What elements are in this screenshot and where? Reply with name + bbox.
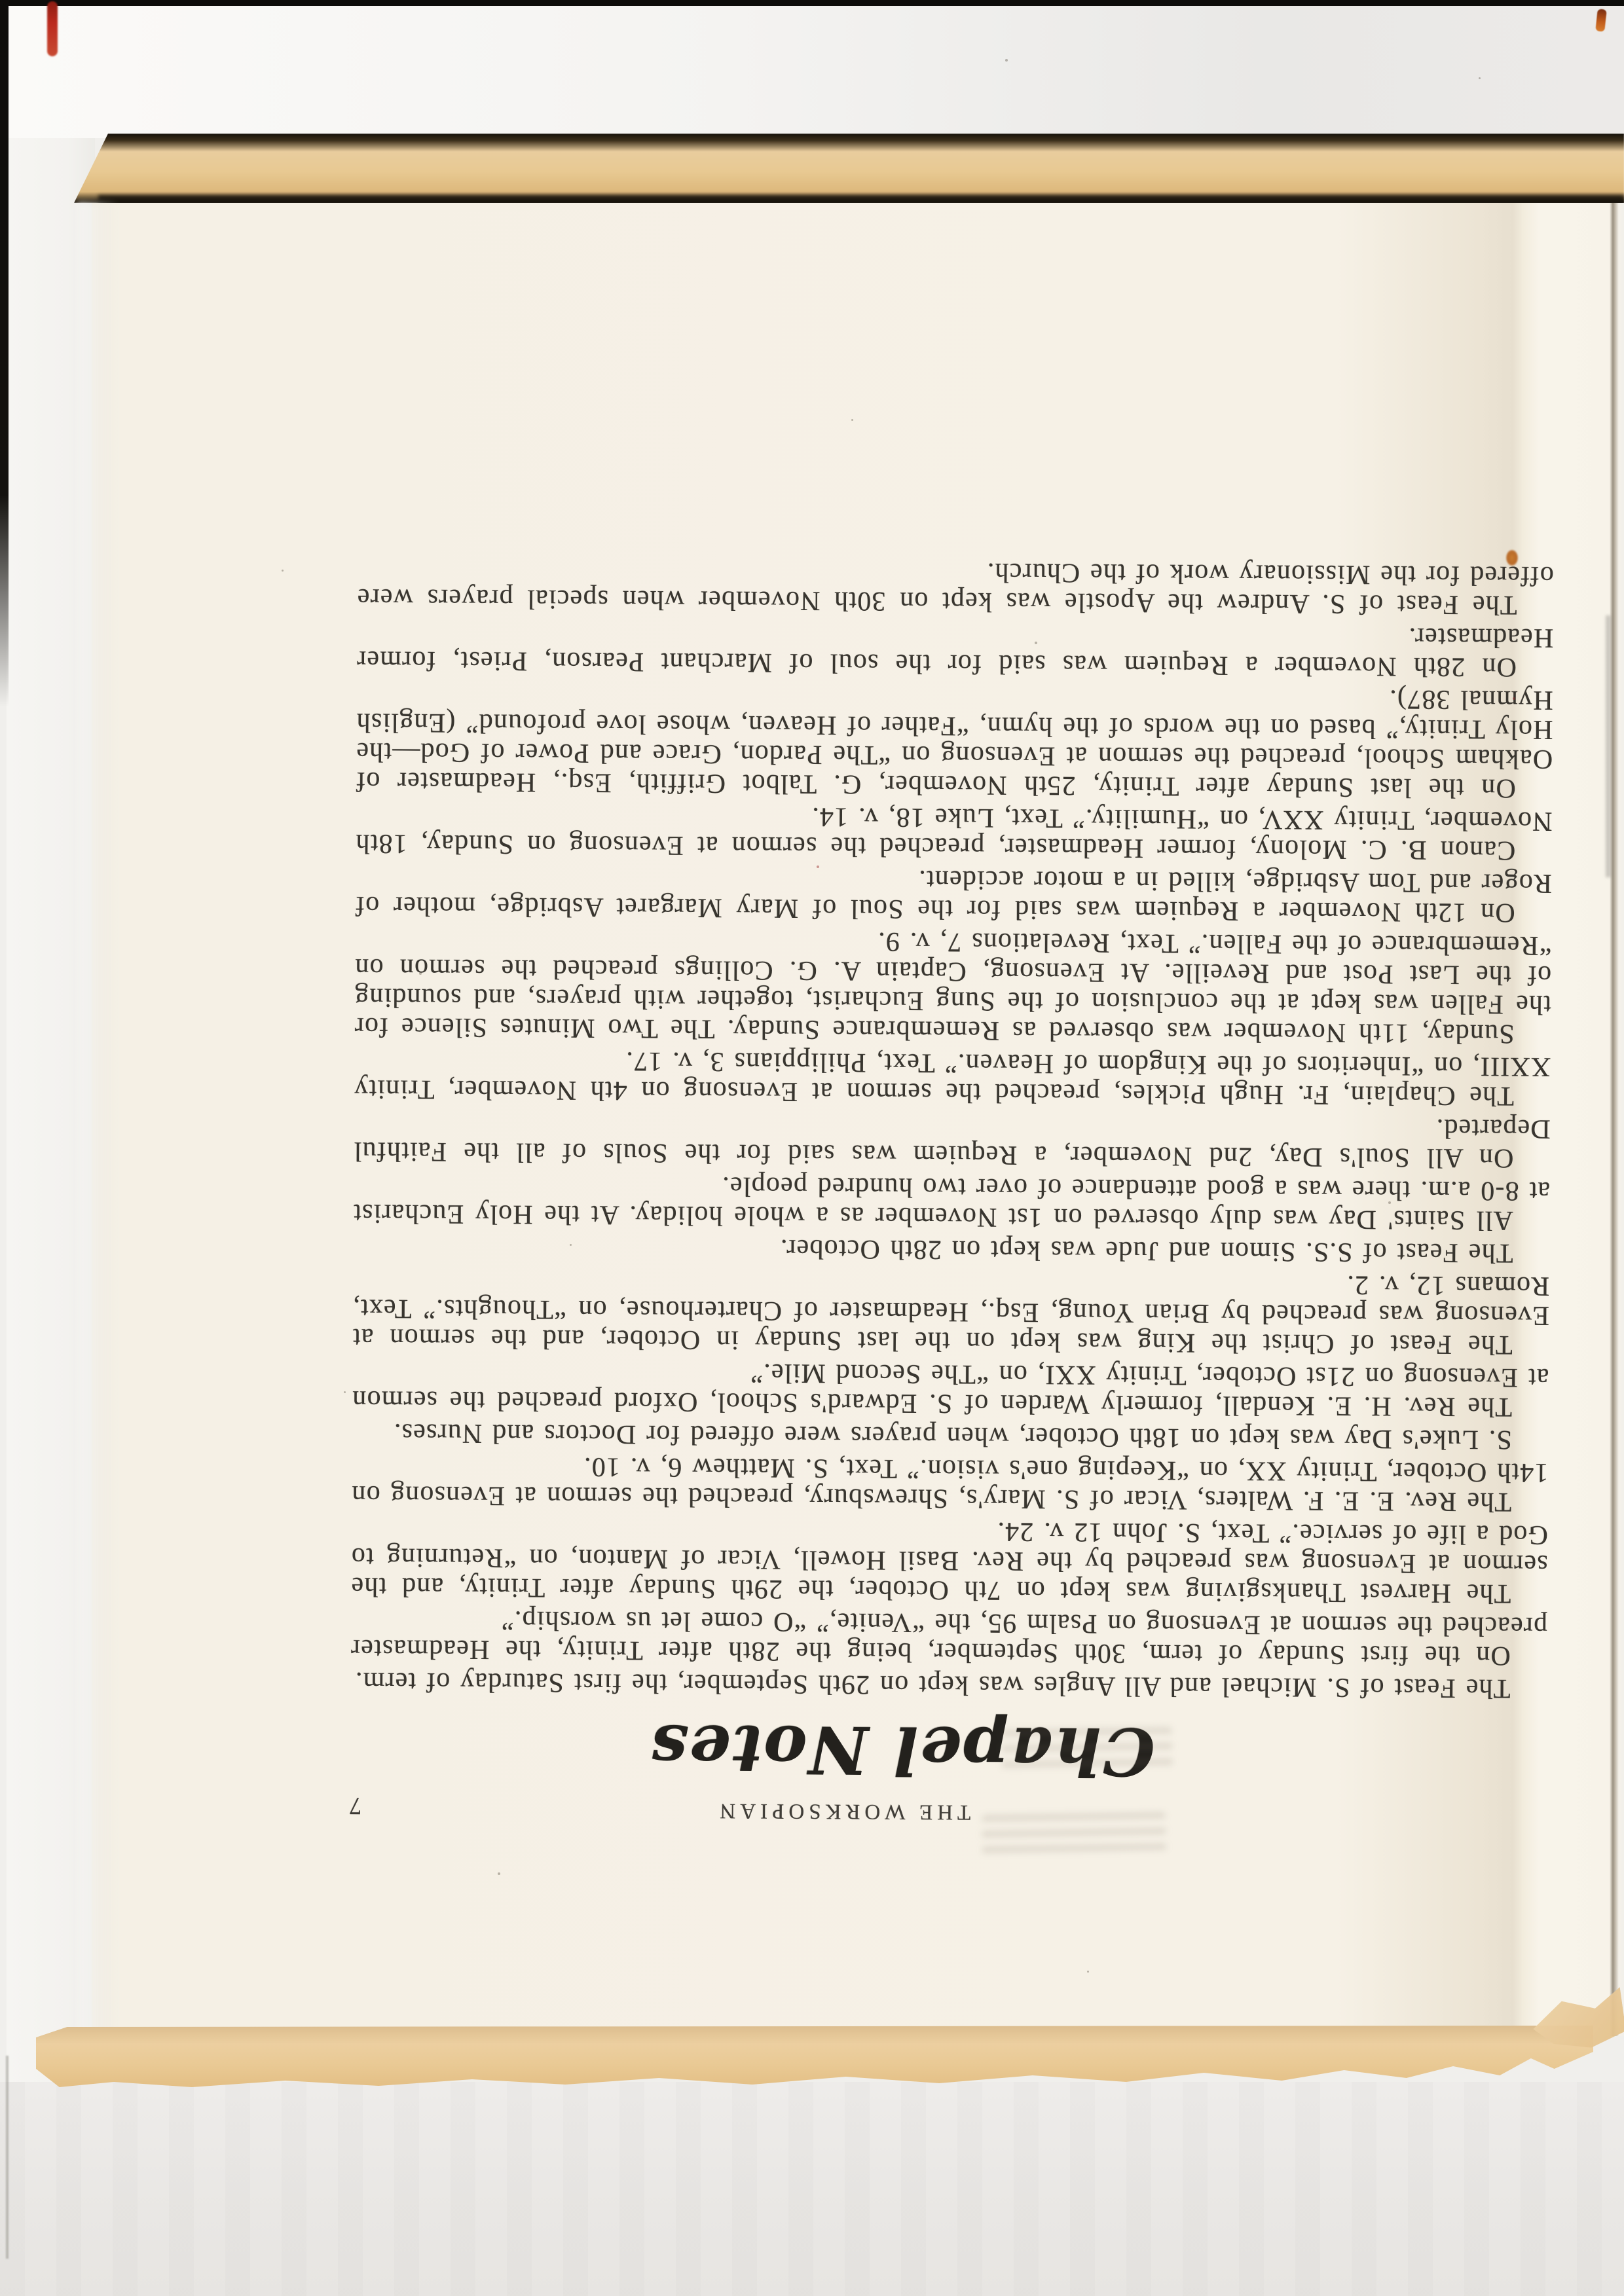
body-paragraph: The Rev. E. E. F. Walters, Vicar of S. M… [351,1450,1549,1516]
body-paragraph: On All Soul's Day, 2nd November, a Requi… [353,1106,1551,1173]
body-paragraph: The Feast of S.S. Simon and Jude was kep… [353,1231,1550,1267]
printed-page-content-rotated: THE WORKSOPIAN 7 Chapel Notes The Feast … [86,166,1624,2044]
scanned-page-photo: { "publication": { "masthead": "THE WORK… [0,0,1624,2296]
paper-speck [498,1872,500,1875]
scan-top-edge [0,0,1624,6]
paper-speck [1388,1201,1391,1204]
scanner-bed-top-band [7,6,1624,138]
book-cover-bottom-edge [36,2026,1593,2091]
scanner-bed-bottom-band [0,2082,1624,2296]
dust-speck [1005,59,1008,62]
body-paragraph: On 28th November a Requiem was said for … [356,615,1554,682]
body-paragraph: S. Luke's Day was kept on 18th October, … [352,1417,1549,1454]
ink-showthrough-smudge [982,1812,1166,1857]
running-head: THE WORKSOPIAN 7 [349,1790,1546,1827]
paper-speck [570,1244,572,1246]
scan-left-edge [0,0,9,707]
paper-speck [1087,1971,1089,1973]
ink-showthrough-smudge [1001,1727,1172,1776]
body-paragraph: The Feast of S. Andrew the Apostle was k… [357,553,1555,619]
body-paragraph: Sunday, 11th November was observed as Re… [354,923,1552,1048]
rust-spot [1506,550,1518,566]
paper-speck [1035,642,1037,644]
body-paragraph: The Chaplain, Fr. Hugh Pickles, preached… [354,1044,1551,1110]
article-body: The Feast of S. Michael and All Angles w… [350,553,1554,1703]
body-paragraph: On 12th November a Requiem was said for … [355,861,1553,927]
body-paragraph: On the first Sunday of term, 30th Septem… [350,1604,1548,1670]
paper-speck [344,1391,346,1393]
paper-speck [851,419,853,421]
scan-bottom-left-line [6,2056,9,2259]
red-ink-mark [47,1,58,56]
body-paragraph: All Saints' Day was duly observed on 1st… [353,1169,1551,1235]
page-number: 7 [349,1791,361,1820]
body-paragraph: The Feast of S. Michael and All Angles w… [350,1666,1547,1703]
paper-speck [282,570,284,572]
paper-speck [419,972,422,975]
article-title: Chapel Notes [304,1710,1502,1791]
publication-masthead: THE WORKSOPIAN [244,1795,1441,1827]
red-speck [1513,697,1515,700]
paper-speck [733,1460,735,1462]
body-paragraph: Canon B. C. Molony, former Headmaster, p… [355,799,1553,865]
page-right-crease-shadow [1606,615,1611,877]
red-speck [817,866,819,868]
body-paragraph: The Rev. H. E. Kendall, formerly Warden … [352,1355,1549,1421]
dust-speck [1479,77,1481,79]
body-paragraph: The Harvest Thanksgiving was kept on 7th… [350,1512,1548,1608]
paper-speck [1202,1624,1204,1626]
body-paragraph: The Feast of Christ the King was kept on… [352,1264,1550,1359]
body-paragraph: On the last Sunday after Trinity, 25th N… [356,678,1553,803]
paper-speck [1313,881,1316,883]
